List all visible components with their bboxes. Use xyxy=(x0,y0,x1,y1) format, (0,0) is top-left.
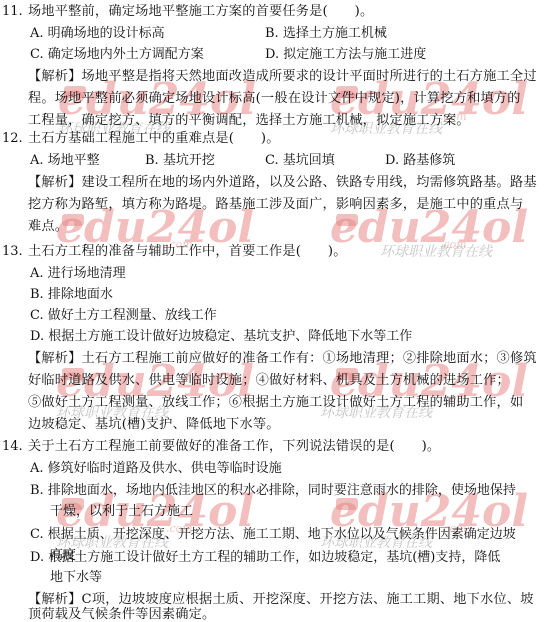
analysis-line: 程。场地平整前必须确定场地设计标高(一般在设计文件中规定)，计算挖方和填方的 xyxy=(28,88,521,110)
analysis-line: 【解析】土石方工程施工前应做好的准备工作有：①场地清理；②排除地面水；③修筑 xyxy=(28,348,537,370)
option-b: B. 排除地面水，场地内低洼地区的积水必排除，同时要注意雨水的排除，使场地保持 xyxy=(30,480,516,502)
option-a: A. 明确场地的设计标高 xyxy=(30,23,165,45)
analysis-line: ⑤做好土方工程测量、放线工作；⑥根据土方施工设计做好土方工程的辅助工作，如 xyxy=(28,392,523,414)
option-a: A. 进行场地清理 xyxy=(30,263,126,285)
document-page: edu24ol 环球职业教育在线 edu24ol .com 环球职业教育在线 e… xyxy=(0,0,544,622)
option-b-continued: 干燥，以利于土石方施工 xyxy=(50,501,193,523)
option-d: D. 根据土方施工设计做好土方工程的辅助工作，如边坡稳定，基坑(槽)支持，降低 xyxy=(30,547,500,569)
analysis-line: 挖方称为路堑，填方称为路堤。路基施工涉及面广，影响因素多，是施工中的重点与 xyxy=(28,194,523,216)
question-number: 11. xyxy=(2,1,23,23)
question-stem: 关于土石方工程施工前要做好的准备工作，下列说法错误的是( )。 xyxy=(28,436,440,458)
option-d: D. 根据土方施工设计做好边坡稳定、基坑支护、降低地下水等工作 xyxy=(30,326,412,348)
option-d-continued: 地下水等 xyxy=(50,567,102,589)
option-a: A. 修筑好临时道路及供水、供电等临时设施 xyxy=(30,458,282,480)
analysis-line: 顶荷载及气候条件等因素确定。 xyxy=(28,604,215,622)
question-number: 14. xyxy=(2,436,23,458)
question-stem: 场地平整前，确定场地平整施工方案的首要任务是( )。 xyxy=(28,1,373,23)
analysis-line: 【解析】建设工程所在地的场内外道路，以及公路、铁路专用线，均需修筑路基。路基 xyxy=(28,172,537,194)
question-stem: 土石方工程的准备与辅助工作中，首要工作是( )。 xyxy=(28,241,347,263)
option-b: B. 选择土方施工机械 xyxy=(265,23,387,45)
option-b: B. 基坑开挖 xyxy=(145,150,215,172)
option-c: C. 基坑回填 xyxy=(265,150,335,172)
option-c: C. 确定场地内外土方调配方案 xyxy=(30,44,204,66)
analysis-line: 好临时道路及供水、供电等临时设施；④做好材料、机具及土方机械的进场工作； xyxy=(28,370,510,392)
watermark-domain: .com xyxy=(440,238,467,251)
option-d: D. 路基修筑 xyxy=(385,150,455,172)
option-c: C. 做好土方工程测量、放线工作 xyxy=(30,305,217,327)
question-number: 12. xyxy=(2,128,23,150)
question-stem: 土石方基础工程施工中的重难点是( )。 xyxy=(28,128,280,150)
question-number: 13. xyxy=(2,241,23,263)
option-b: B. 排除地面水 xyxy=(30,284,113,306)
option-c: C. 根据土质、开挖深度、开挖方法、施工工期、地下水位以及气候条件因素确定边坡 xyxy=(30,524,516,546)
watermark-slogan: 环球职业教育在线 xyxy=(380,241,492,261)
option-a: A. 场地平整 xyxy=(30,150,100,172)
analysis-line: 难点。 xyxy=(28,216,68,238)
analysis-line: 【解析】场地平整是指将天然地面改造成所要求的设计平面时所进行的土石方施工全过 xyxy=(28,66,537,88)
option-d: D. 拟定施工方法与施工进度 xyxy=(265,44,426,66)
analysis-line: 边坡稳定、基坑(槽)支护、降低地下水等。 xyxy=(28,414,280,436)
